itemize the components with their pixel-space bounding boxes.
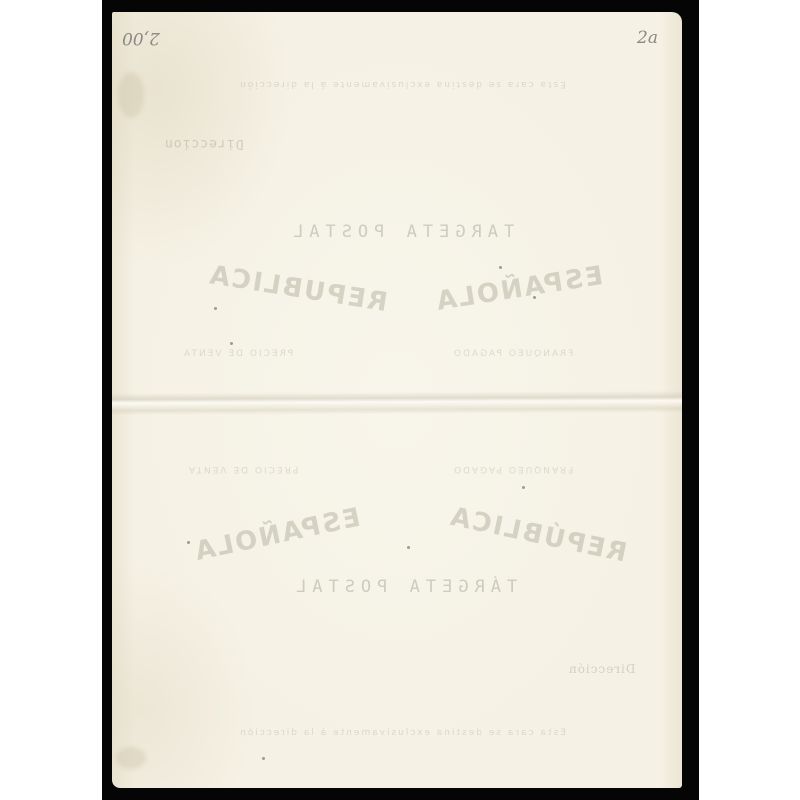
show-through-address-label-lower: Dirección: [568, 662, 636, 676]
pencil-grade-note: 2a: [637, 28, 658, 48]
foxing-stain: [118, 72, 144, 118]
show-through-arch-left-lower: ESPAÑOLA: [191, 503, 363, 568]
show-through-instruction-lower: Esta cara se destina exclusivamente á la…: [172, 728, 632, 738]
show-through-small-left-upper: PRECIO DE VENTA: [182, 349, 293, 359]
paper-speck: [262, 757, 265, 760]
paper-speck: [230, 342, 233, 345]
show-through-title-lower: TÁRGETA POSTAL: [290, 577, 517, 597]
foxing-stain: [116, 747, 146, 769]
postal-card: 2,00 2a Esta cara se destina exclusivame…: [112, 12, 682, 788]
pencil-price-note: 2,00: [122, 28, 160, 48]
show-through-small-left-lower: PRECIO DE VENTA: [187, 464, 298, 474]
paper-speck: [407, 546, 410, 549]
show-through-title-upper: TARGETA POSTAL: [287, 222, 514, 242]
show-through-arch-right-lower: REPÚBLICA: [446, 501, 629, 568]
paper-speck: [187, 541, 190, 544]
show-through-instruction-upper: Esta cara se destina exclusivamente á la…: [172, 79, 632, 89]
paper-speck: [522, 486, 525, 489]
show-through-address-label-upper: Direccion: [164, 136, 243, 151]
show-through-arch-right-upper: ESPAÑOLA: [433, 261, 605, 317]
paper-speck: [499, 266, 502, 269]
scan-stage: 2,00 2a Esta cara se destina exclusivame…: [0, 0, 800, 800]
show-through-small-right-upper: FRANQUEO PAGADO: [452, 349, 573, 359]
paper-speck: [214, 307, 217, 310]
fold-crease: [112, 391, 682, 415]
show-through-arch-left-upper: REPUBLICA: [206, 260, 390, 318]
show-through-small-right-lower: FRANQUEO PAGADO: [452, 464, 573, 474]
